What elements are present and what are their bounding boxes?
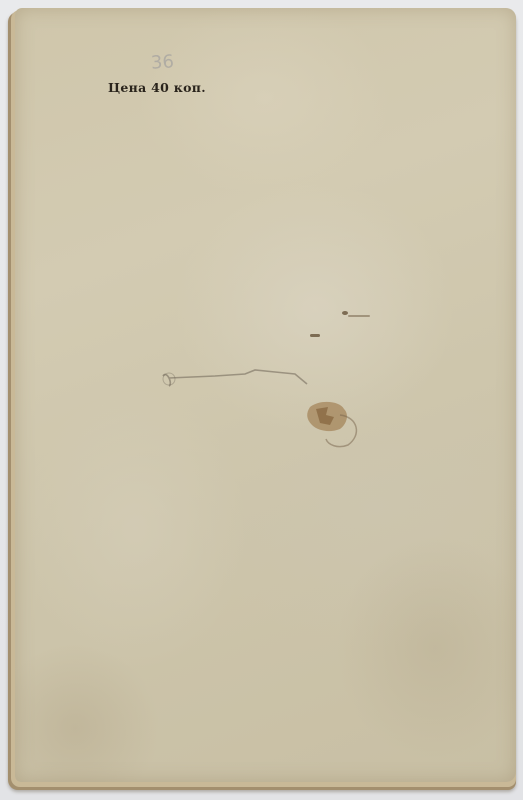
speck-mark-3 (348, 315, 370, 317)
speck-mark-1 (342, 311, 348, 315)
price-label: Цена 40 коп. (108, 80, 206, 95)
pencil-annotation: 36 (150, 51, 174, 74)
book-back-cover (15, 8, 516, 782)
speck-mark-2 (310, 334, 320, 337)
brown-stain (300, 395, 370, 455)
crease-mark (155, 362, 315, 392)
